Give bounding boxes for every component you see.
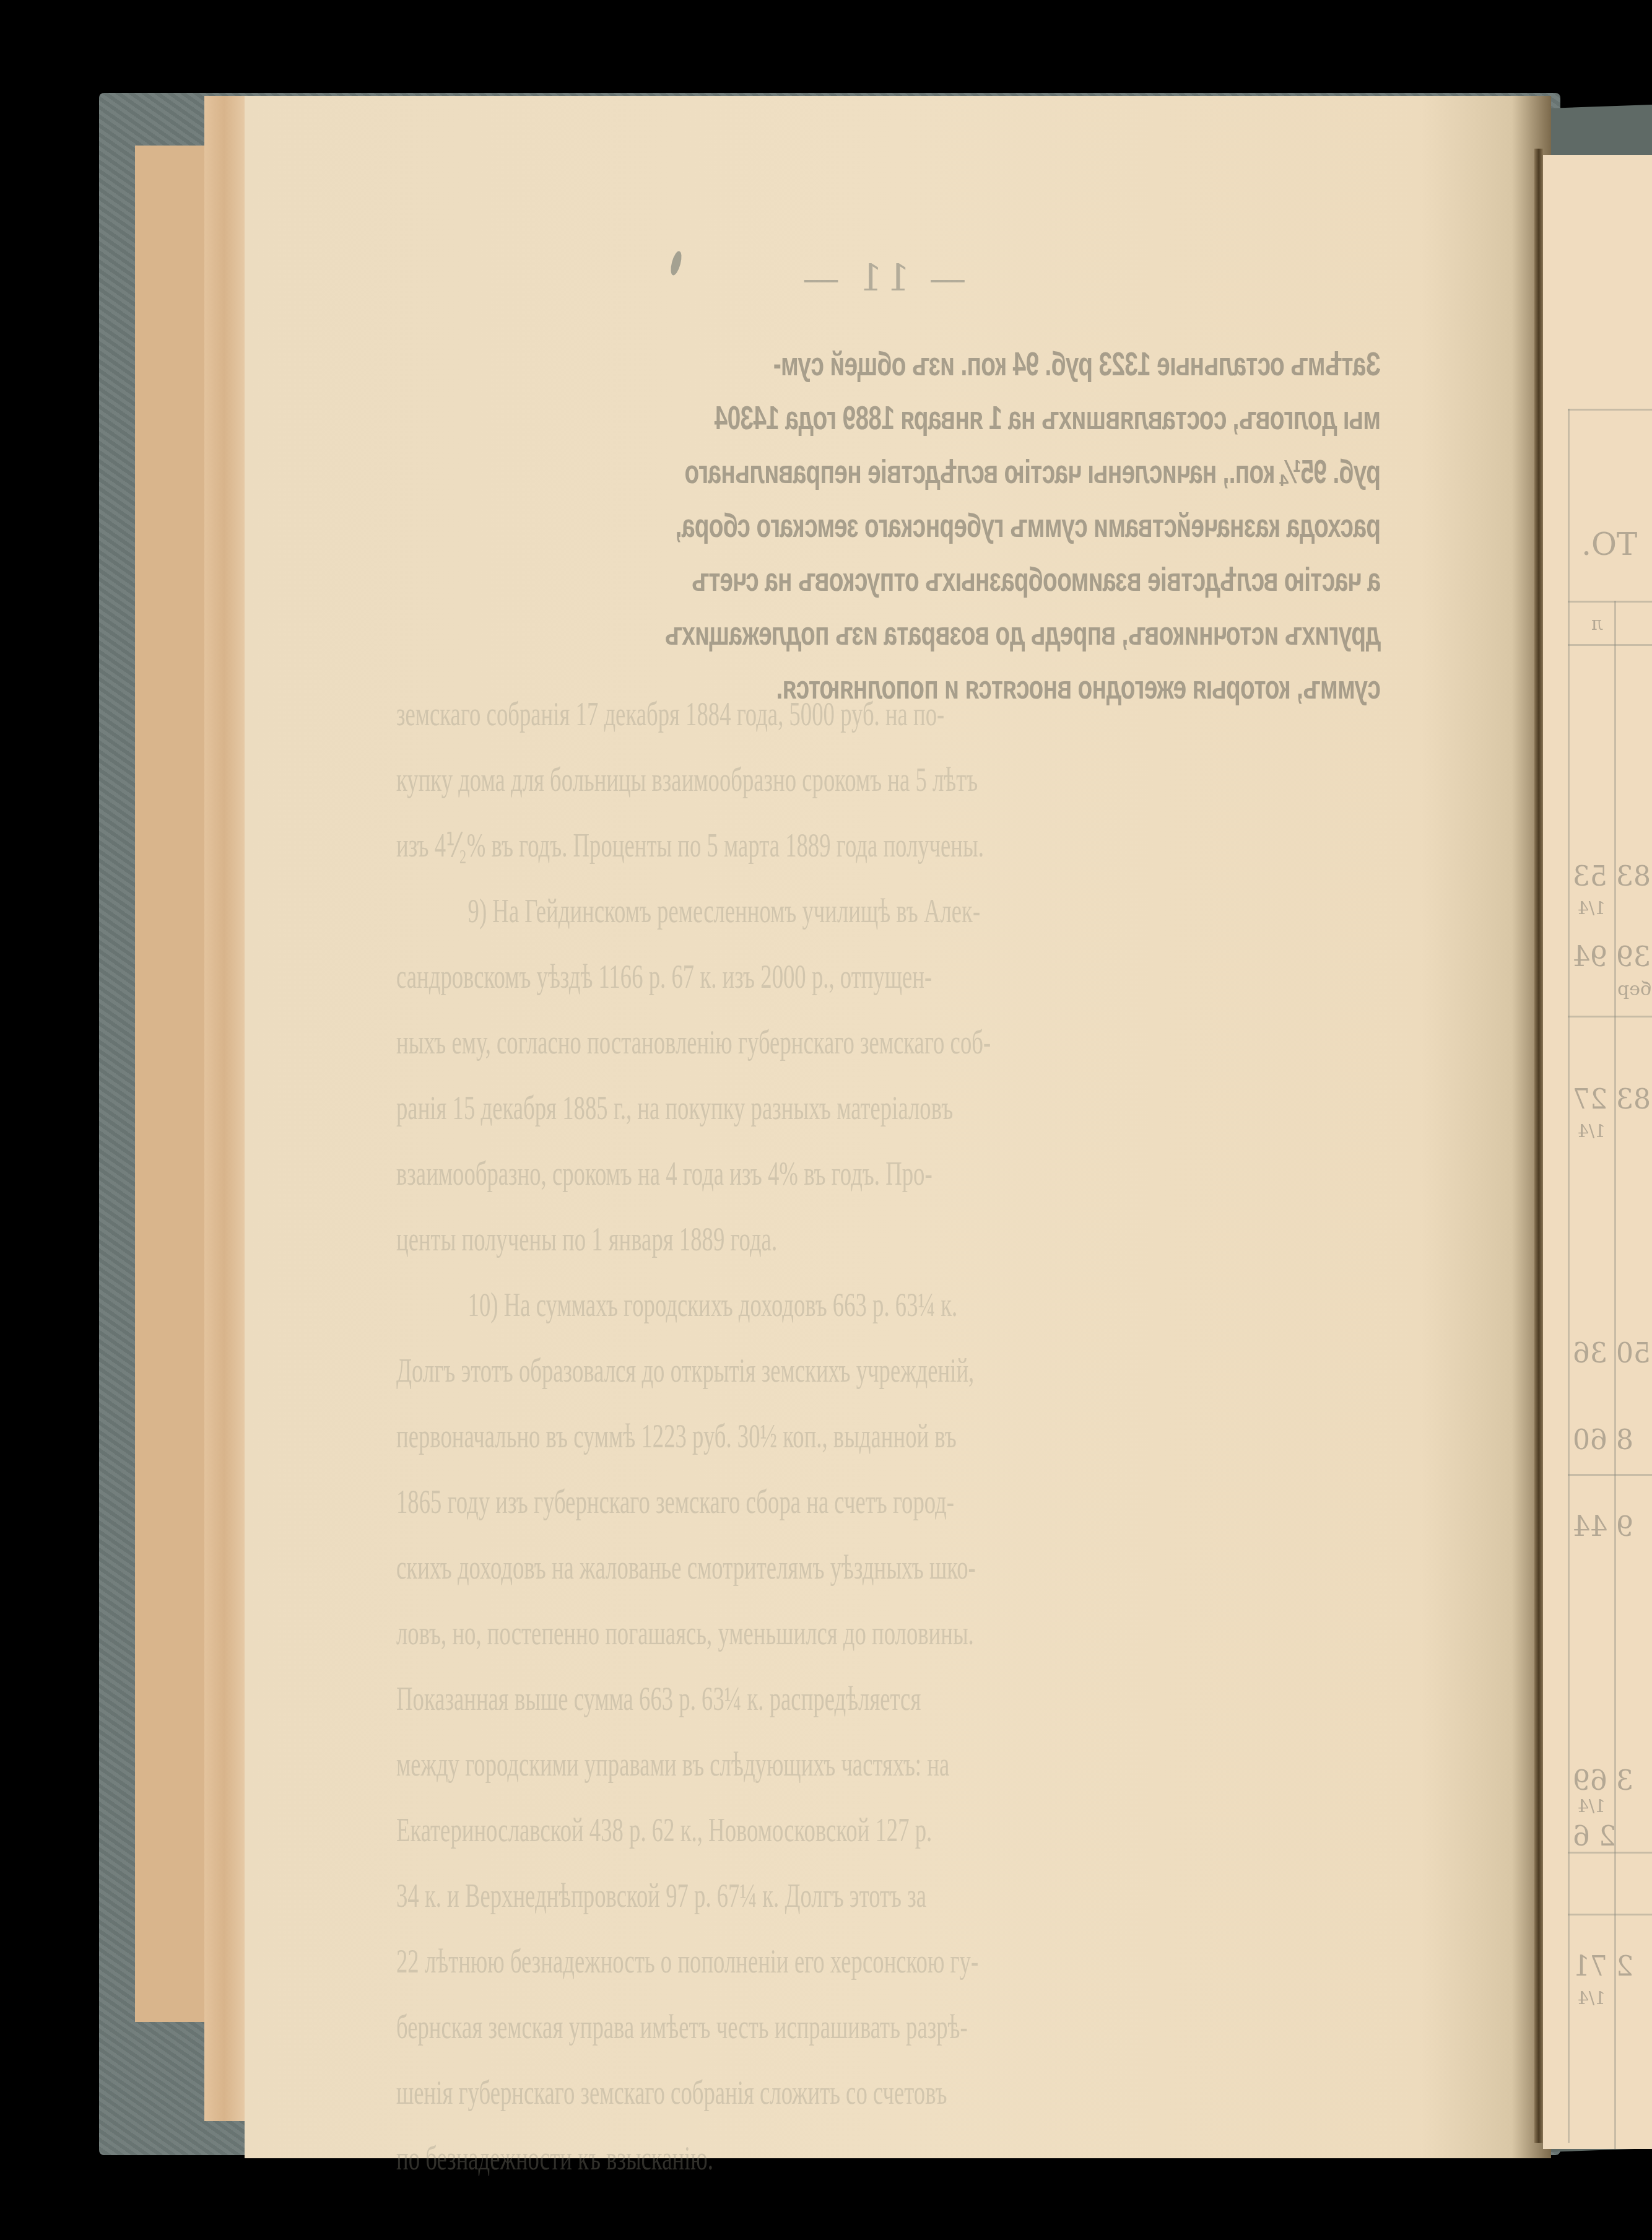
table-cell: 2 71 [1573, 1951, 1633, 1982]
ghost-line: ранія 15 декабря 1885 г., на покупку раз… [396, 1075, 1070, 1141]
ghost-line: 9) На Гейдинскомъ ремесленномъ училищѣ в… [396, 878, 1070, 944]
ghost-line: другихъ источниковъ, впредь до возврата … [650, 607, 1381, 661]
table-rule [1568, 409, 1570, 2143]
bleed-through-faint-paragraphs: земскаго собранія 17 декабря 1884 года, … [396, 681, 1387, 2191]
ghost-line: между городскими управами въ слѣдующихъ … [396, 1732, 1070, 1797]
table-heading-fragment: ТО. [1581, 526, 1637, 562]
table-cell: 39 94 [1573, 941, 1651, 973]
table-cell: 1/4 [1578, 1988, 1606, 2008]
table-cell: 9 44 [1573, 1511, 1633, 1543]
table-rule [1568, 1852, 1652, 1854]
table-cell: 1/4 [1578, 1121, 1606, 1141]
table-cell: 83 27 [1573, 1084, 1651, 1115]
ghost-line: ловъ, но, постепенно погашаясь, уменьшил… [396, 1600, 1070, 1666]
ghost-line: шенія губернскаго земскаго собранія слож… [396, 2060, 1070, 2125]
table-cell: 2 6 [1573, 1821, 1616, 1852]
ghost-line: скихъ доходовъ на жалованье смотрителямъ… [396, 1535, 1070, 1600]
table-rule [1614, 601, 1616, 2149]
table-cell: 3 69 [1573, 1765, 1633, 1797]
ghost-line: бернская земская управа имѣетъ честь исп… [396, 1994, 1070, 2060]
ghost-line: мы долговъ, составлявшихъ на 1 января 18… [650, 391, 1381, 445]
table-rule [1568, 1016, 1652, 1018]
ink-smudge [669, 250, 684, 276]
ghost-line: Затѣмъ остальные 1323 руб. 94 коп. изъ о… [650, 338, 1381, 391]
ghost-line: расхода казначействами суммъ губернскаго… [650, 499, 1381, 553]
ghost-line: 10) На суммахъ городскихъ доходовъ 663 р… [396, 1272, 1070, 1338]
ghost-line: 1865 году изъ губернскаго земскаго сбора… [396, 1469, 1070, 1535]
ghost-line: купку дома для больницы взаимообразно ср… [396, 747, 1070, 813]
ghost-line: а частію вслѣдствіе взаимообразныхъ отпу… [650, 553, 1381, 607]
bleed-through-bold-paragraph: Затѣмъ остальные 1323 руб. 94 коп. изъ о… [365, 338, 1381, 715]
ghost-line: Долгъ этотъ образовался до открытія земс… [396, 1338, 1070, 1403]
right-facing-page: ТО. л 83 53 1/4 39 94 бер 83 27 1/4 50 3… [1543, 155, 1652, 2149]
table-rule [1568, 1474, 1652, 1476]
table-cell: 1/4 [1578, 1796, 1606, 1816]
ghost-line: 34 к. и Верхнеднѣпровской 97 р. 67¼ к. Д… [396, 1863, 1070, 1928]
ghost-line: 22 лѣтнюю безнадежность о пополненіи его… [396, 1928, 1070, 1994]
table-rule [1568, 1914, 1652, 1915]
table-cell: 1/4 [1578, 898, 1606, 918]
mirrored-page-number: — 11 — [799, 257, 967, 300]
table-rule [1568, 409, 1652, 411]
table-cell: 8 60 [1573, 1424, 1633, 1456]
ghost-line: руб. 95¼ коп., начислены частію вслѣдств… [650, 445, 1381, 499]
ghost-line: сандровскомъ уѣздѣ 1166 р. 67 к. изъ 200… [396, 944, 1070, 1009]
ghost-line: Екатеринославской 438 р. 62 к., Новомоск… [396, 1797, 1070, 1863]
ghost-line: взаимообразно, срокомъ на 4 года изъ 4% … [396, 1141, 1070, 1206]
book-gutter [1534, 149, 1543, 2143]
table-cell: 50 36 [1573, 1338, 1651, 1369]
table-rule [1568, 601, 1652, 603]
table-cell: 83 53 [1573, 861, 1651, 892]
ghost-line: первоначально въ суммѣ 1223 руб. 30½ коп… [396, 1403, 1070, 1469]
ghost-line: Показанная выше сумма 663 р. 63¼ к. расп… [396, 1666, 1070, 1732]
ghost-line: центы получены по 1 января 1889 года. [396, 1206, 1070, 1272]
table-rule [1568, 644, 1652, 646]
table-cell: бер [1617, 978, 1651, 1000]
ghost-line: земскаго собранія 17 декабря 1884 года, … [396, 681, 1070, 747]
column-marker: л [1591, 613, 1603, 635]
ghost-line: ныхъ ему, согласно постановленію губернс… [396, 1009, 1070, 1075]
ghost-line: изъ 4⅟₂% въ годъ. Проценты по 5 марта 18… [396, 813, 1070, 878]
ghost-line: по безнадежности къ взысканію. [396, 2125, 1070, 2191]
